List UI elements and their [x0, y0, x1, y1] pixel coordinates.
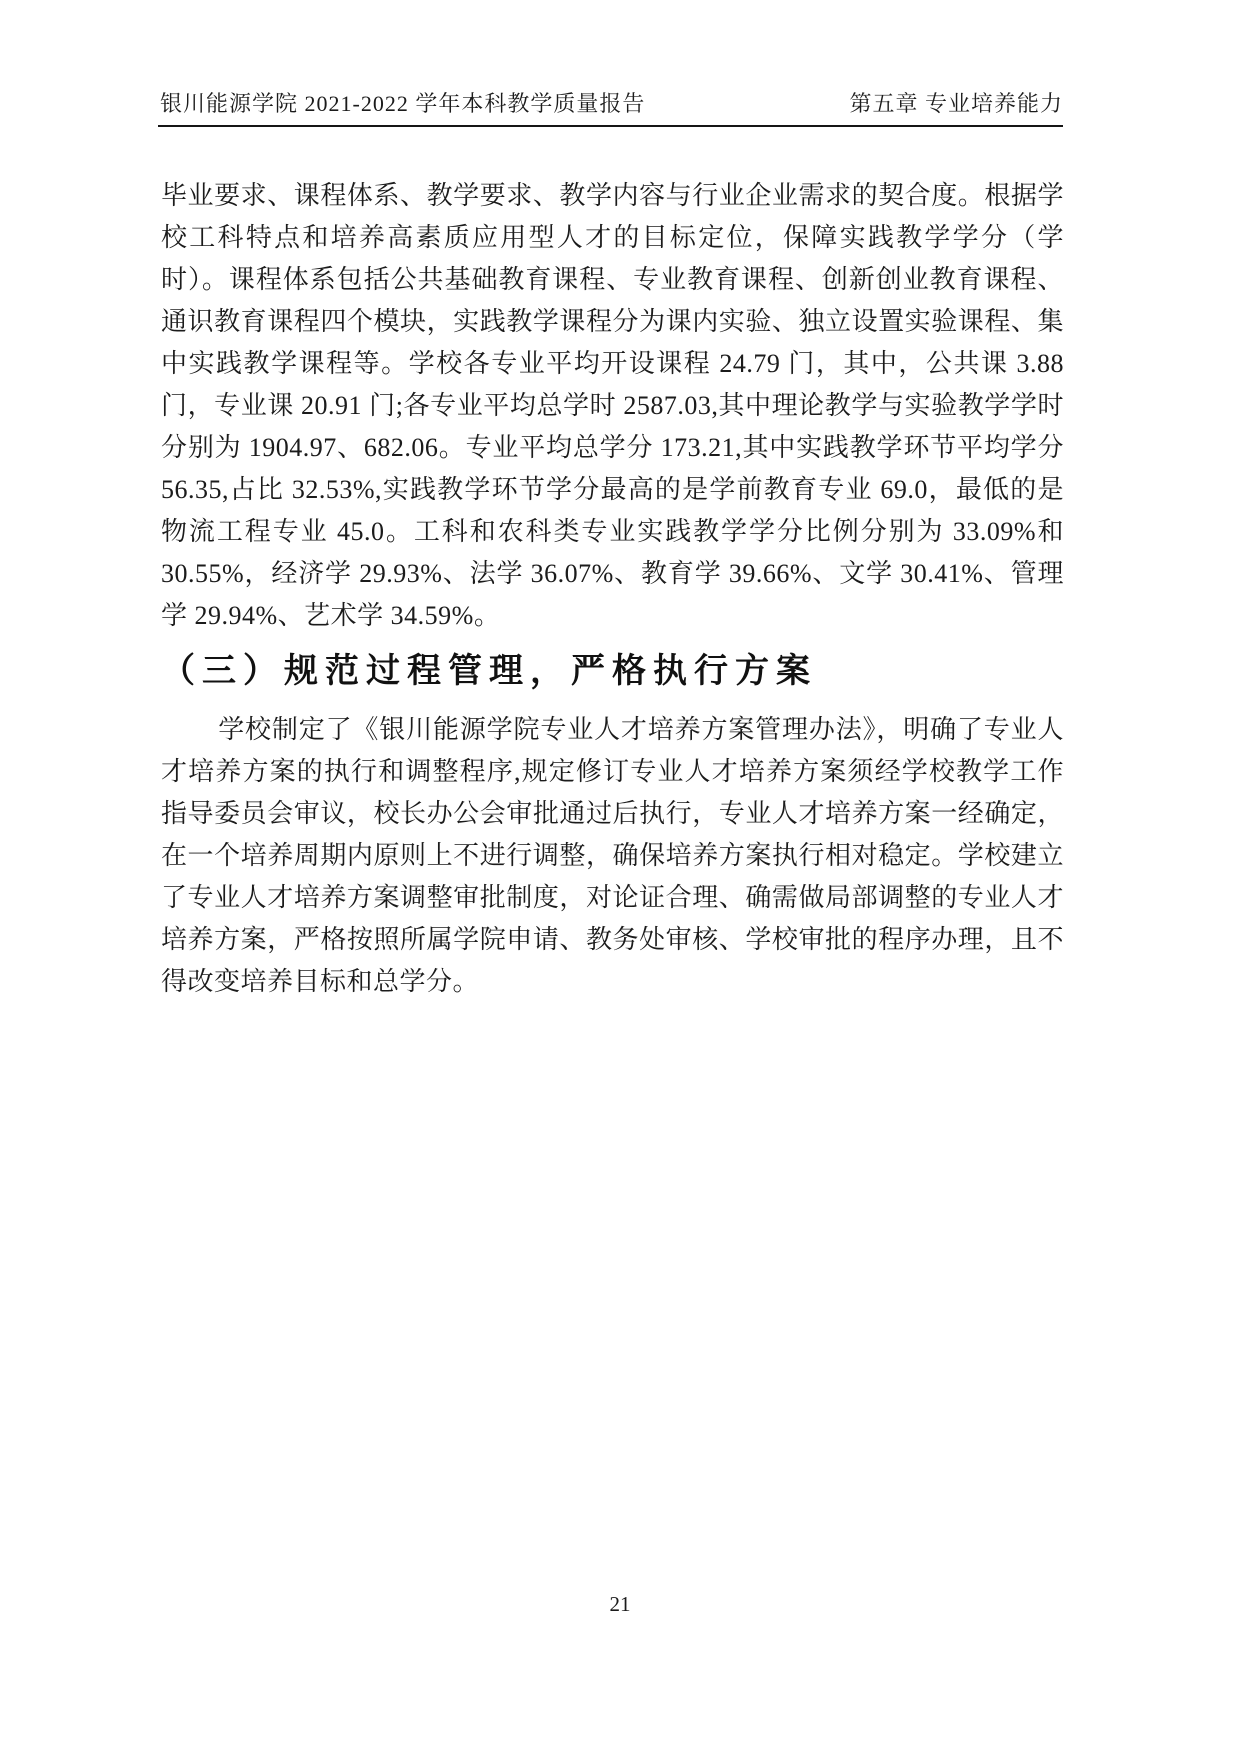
header-left-title: 银川能源学院 2021-2022 学年本科教学质量报告	[160, 87, 645, 118]
section-heading: （三）规范过程管理，严格执行方案	[161, 649, 1064, 693]
paragraph-process-management: 学校制定了《银川能源学院专业人才培养方案管理办法》，明确了专业人才培养方案的执行…	[161, 709, 1064, 1003]
header-divider	[158, 125, 1063, 127]
header-right-chapter: 第五章 专业培养能力	[849, 87, 1063, 118]
paragraph-curriculum-overview: 毕业要求、课程体系、教学要求、教学内容与行业企业需求的契合度。根据学校工科特点和…	[161, 175, 1064, 637]
document-body: 毕业要求、课程体系、教学要求、教学内容与行业企业需求的契合度。根据学校工科特点和…	[161, 175, 1064, 1003]
page-number: 21	[610, 1592, 631, 1616]
page-header: 银川能源学院 2021-2022 学年本科教学质量报告 第五章 专业培养能力	[160, 87, 1063, 118]
page-footer: 21	[0, 1592, 1240, 1617]
document-page: 银川能源学院 2021-2022 学年本科教学质量报告 第五章 专业培养能力 毕…	[0, 0, 1240, 1753]
